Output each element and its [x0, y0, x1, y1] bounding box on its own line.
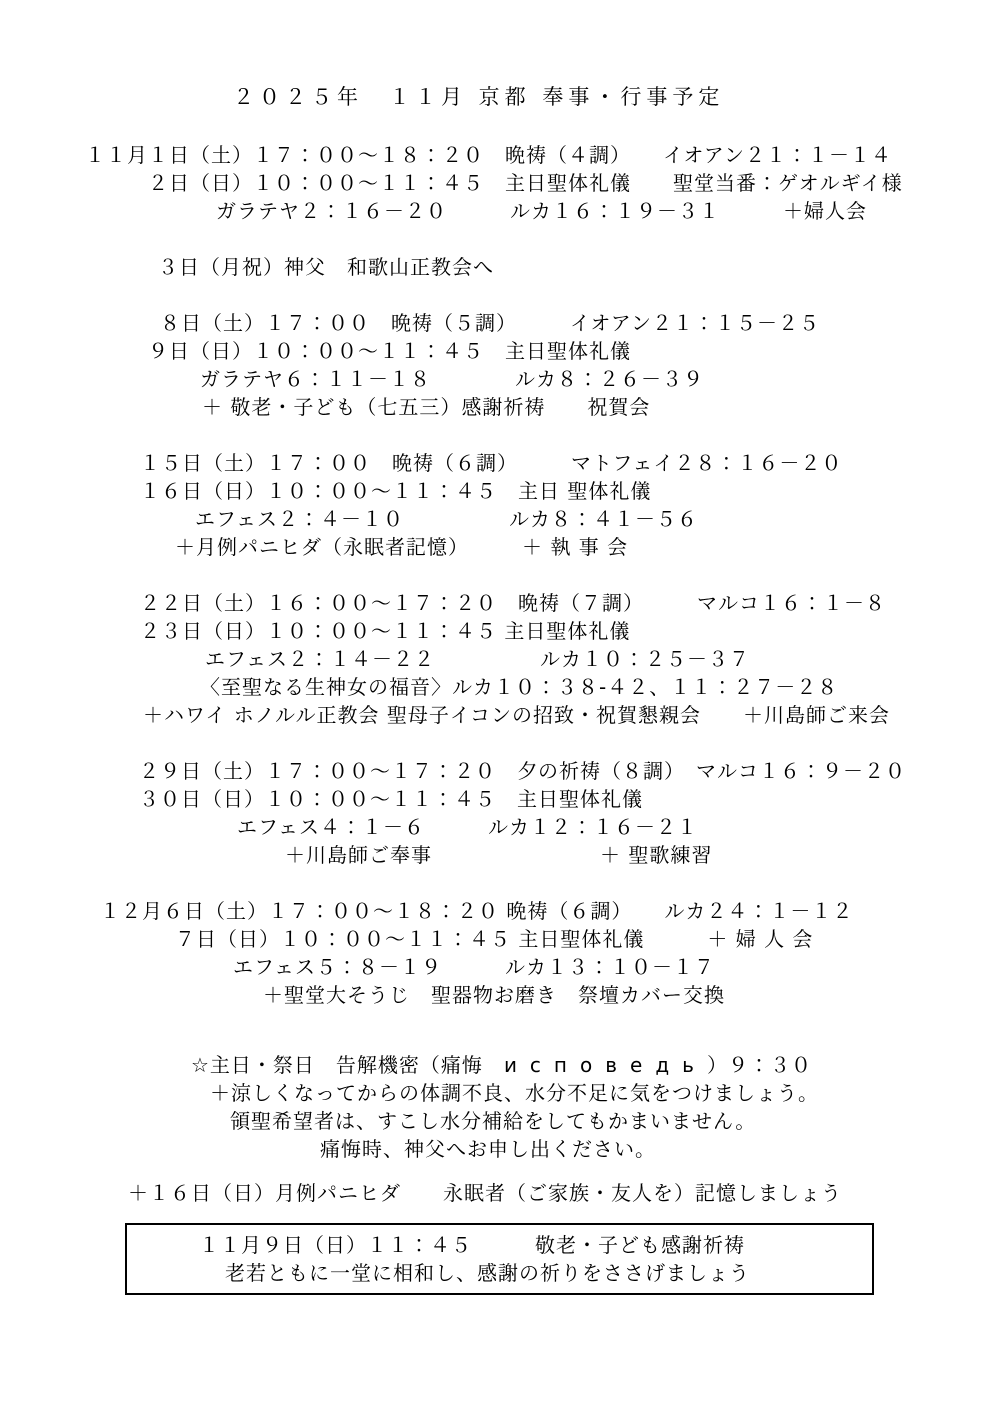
line-panihida-reminder: ＋１６日（日）月例パニヒダ 永眠者（ご家族・友人を）記憶しましょう	[0, 1179, 1000, 1207]
line-nov30-events: ＋川島師ご奉事 ＋ 聖歌練習	[0, 841, 1000, 869]
line-nov30-liturgy: ３０日（日）１０：００～１１：４５ 主日聖体礼儀	[0, 785, 1000, 813]
line-nov23-theotokos: 〈至聖なる生神女の福音〉ルカ１０：３８-４２、１１：２７－２８	[0, 673, 1000, 701]
line-health-advice-1: ＋涼しくなってからの体調不良、水分不足に気をつけましょう。	[0, 1079, 1000, 1107]
line-nov2-liturgy: ２日（日）１０：００～１１：４５ 主日聖体礼儀 聖堂当番：ゲオルギイ様	[0, 169, 1000, 197]
line-nov8-vespers: ８日（土）１７：００ 晩祷（５調） イオアン２１：１５－２５	[0, 309, 1000, 337]
line-nov23-liturgy: ２３日（日）１０：００～１１：４５ 主日聖体礼儀	[0, 617, 1000, 645]
section-nov-22-23: ２２日（土）１６：００～１７：２０ 晩祷（７調） マルコ１６：１－８ ２３日（日…	[0, 589, 1000, 729]
confession-suffix: ）９：３０	[707, 1053, 812, 1077]
line-nov23-readings: エフェス２：１４－２２ ルカ１０：２５－３７	[0, 645, 1000, 673]
line-nov29-vespers: ２９日（土）１７：００～１７：２０ 夕の祈祷（８調） マルコ１６：９－２０	[0, 757, 1000, 785]
notice-box-line-1: １１月９日（日）１１：４５ 敬老・子ども感謝祈祷	[127, 1231, 872, 1259]
line-nov9-liturgy: ９日（日）１０：００～１１：４５ 主日聖体礼儀	[0, 337, 1000, 365]
line-nov23-events: ＋ハワイ ホノルル正教会 聖母子イコンの招致・祝賀懇親会 ＋川島師ご来会	[0, 701, 1000, 729]
section-notes: ☆主日・祭日 告解機密（痛悔 исповедь）９：３０ ＋涼しくなってからの体…	[0, 1051, 1000, 1163]
notice-box-line-2: 老若ともに一堂に相和し、感謝の祈りをささげましょう	[127, 1259, 872, 1287]
line-nov30-readings: エフェス４：１－６ ルカ１２：１６－２１	[0, 813, 1000, 841]
section-dec-6-7: １２月６日（土）１７：００～１８：２０ 晩祷（６調） ルカ２４：１－１２ ７日（…	[0, 897, 1000, 1009]
line-nov16-readings: エフェス２：４－１０ ルカ８：４１－５６	[0, 505, 1000, 533]
line-health-advice-3: 痛悔時、神父へお申し出ください。	[0, 1135, 1000, 1163]
section-nov-3: ３日（月祝）神父 和歌山正教会へ	[0, 253, 1000, 281]
line-nov16-events: ＋月例パニヒダ（永眠者記憶） ＋ 執 事 会	[0, 533, 1000, 561]
line-nov3-trip: ３日（月祝）神父 和歌山正教会へ	[0, 253, 1000, 281]
notice-box: １１月９日（日）１１：４５ 敬老・子ども感謝祈祷 老若ともに一堂に相和し、感謝の…	[125, 1223, 874, 1295]
confession-cyrillic: исповедь	[504, 1053, 707, 1077]
schedule-document: ２０２５年 １１月 京都 奉事・行事予定 １１月１日（土）１７：００～１８：２０…	[0, 0, 1000, 1414]
confession-prefix: ☆主日・祭日 告解機密（痛悔	[191, 1053, 504, 1077]
line-dec6-vespers: １２月６日（土）１７：００～１８：２０ 晩祷（６調） ルカ２４：１－１２	[0, 897, 1000, 925]
line-nov2-readings: ガラテヤ２：１６－２０ ルカ１６：１９－３１ ＋婦人会	[0, 197, 1000, 225]
line-dec7-cleaning: ＋聖堂大そうじ 聖器物お磨き 祭壇カバー交換	[0, 981, 1000, 1009]
section-nov-1-2: １１月１日（土）１７：００～１８：２０ 晩祷（４調） イオアン２１：１－１４ ２…	[0, 141, 1000, 225]
line-nov9-readings: ガラテヤ６：１１－１８ ルカ８：２６－３９	[0, 365, 1000, 393]
section-nov-29-30: ２９日（土）１７：００～１７：２０ 夕の祈祷（８調） マルコ１６：９－２０ ３０…	[0, 757, 1000, 869]
line-nov1-vespers: １１月１日（土）１７：００～１８：２０ 晩祷（４調） イオアン２１：１－１４	[0, 141, 1000, 169]
line-nov22-vespers: ２２日（土）１６：００～１７：２０ 晩祷（７調） マルコ１６：１－８	[0, 589, 1000, 617]
line-nov16-liturgy: １６日（日）１０：００～１１：４５ 主日 聖体礼儀	[0, 477, 1000, 505]
section-nov-15-16: １５日（土）１７：００ 晩祷（６調） マトフェイ２８：１６－２０ １６日（日）１…	[0, 449, 1000, 561]
line-nov15-vespers: １５日（土）１７：００ 晩祷（６調） マトフェイ２８：１６－２０	[0, 449, 1000, 477]
line-dec7-readings: エフェス５：８－１９ ルカ１３：１０－１７	[0, 953, 1000, 981]
line-confession: ☆主日・祭日 告解機密（痛悔 исповедь）９：３０	[0, 1051, 1000, 1079]
line-dec7-liturgy: ７日（日）１０：００～１１：４５ 主日聖体礼儀 ＋ 婦 人 会	[0, 925, 1000, 953]
section-nov-8-9: ８日（土）１７：００ 晩祷（５調） イオアン２１：１５－２５ ９日（日）１０：０…	[0, 309, 1000, 421]
line-health-advice-2: 領聖希望者は、すこし水分補給をしてもかまいません。	[0, 1107, 1000, 1135]
page-title: ２０２５年 １１月 京都 奉事・行事予定	[0, 84, 1000, 110]
section-panihida: ＋１６日（日）月例パニヒダ 永眠者（ご家族・友人を）記憶しましょう	[0, 1179, 1000, 1207]
line-nov9-events: ＋ 敬老・子ども（七五三）感謝祈祷 祝賀会	[0, 393, 1000, 421]
